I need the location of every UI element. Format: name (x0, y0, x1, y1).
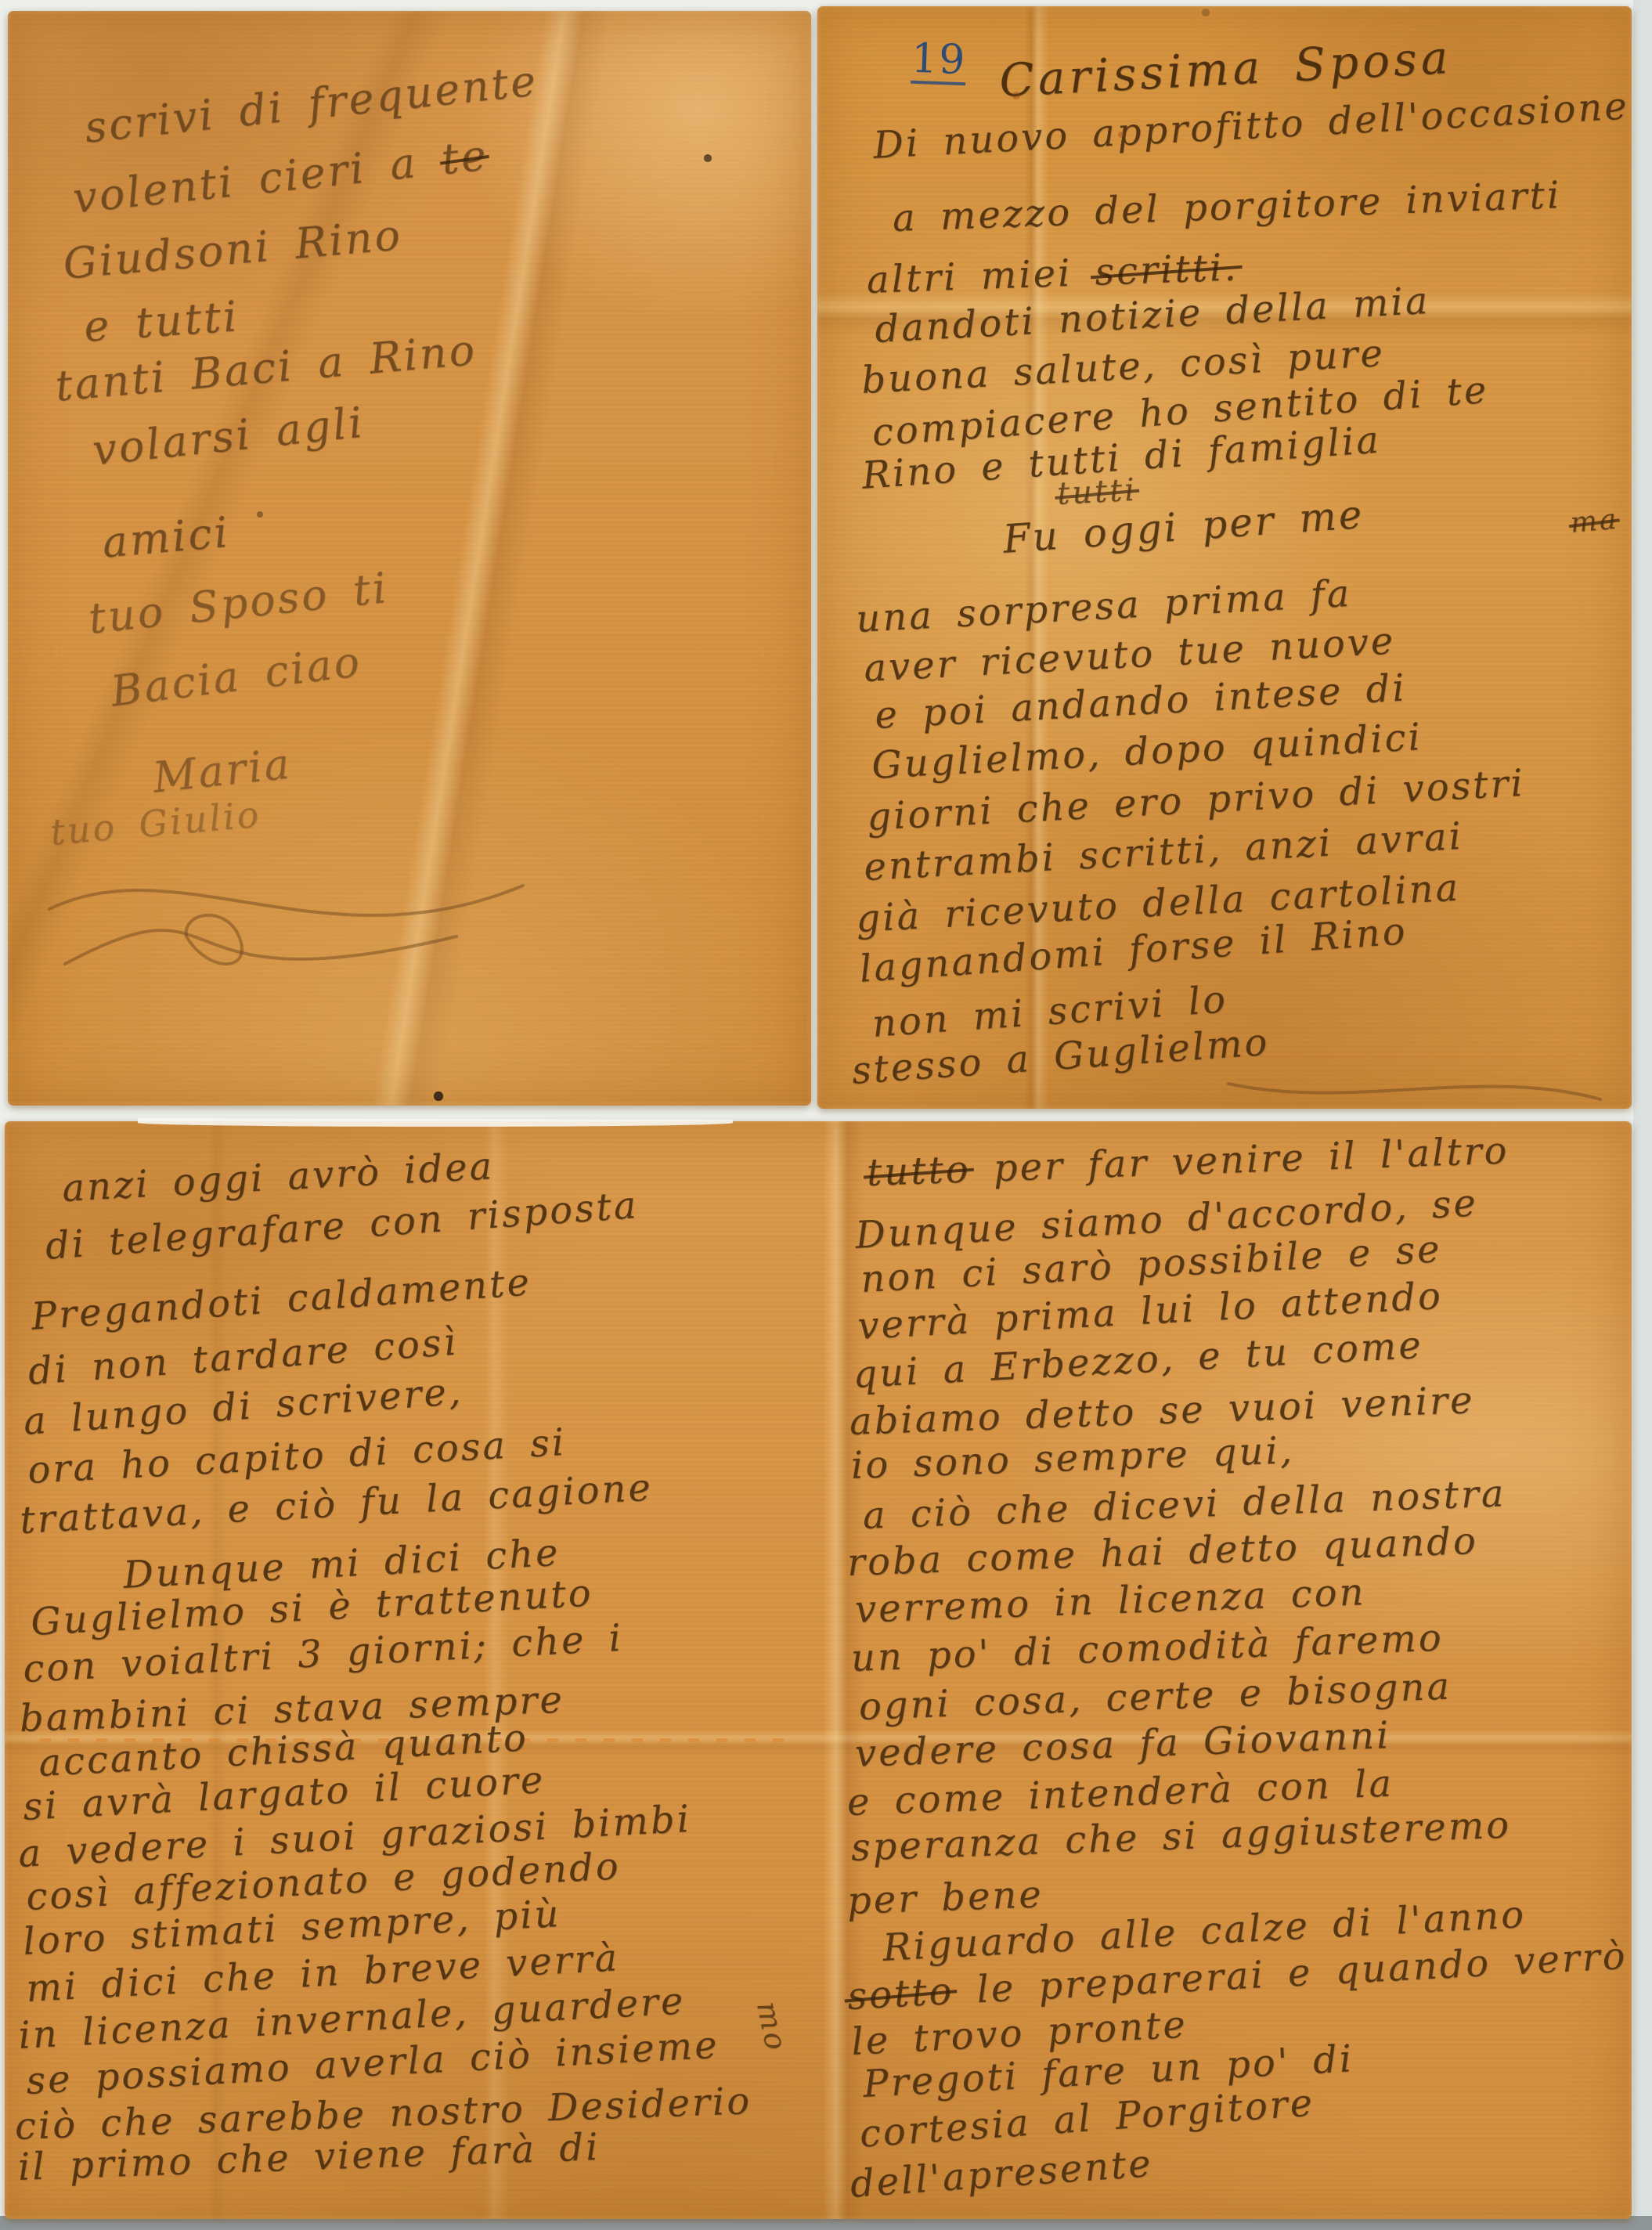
letter-page-top-left: scrivi di frequentevolenti cieri a teGiu… (8, 11, 811, 1106)
letter-salutation: Carissima Sposa (998, 31, 1453, 107)
struck-word: scritti. (1095, 245, 1239, 294)
handwriting-line: Fu oggi per me (1001, 492, 1365, 562)
handwriting-line: e tutti (82, 291, 240, 352)
handwriting-line: Giudsoni Rino (61, 210, 404, 289)
handwriting-line: per bene (846, 1872, 1044, 1923)
letter-sheet-bottom: anzi oggi avrò ideadi telegrafare con ri… (5, 1121, 1632, 2219)
letter-scan: scrivi di frequentevolenti cieri a teGiu… (0, 0, 1652, 2230)
ink-specks (0, 0, 3, 3)
struck-word: ma (1569, 503, 1620, 539)
signature-flourish (30, 843, 546, 1007)
handwriting-line: Di nuovo approfitto dell'occasione (872, 84, 1630, 167)
scanner-background-right (1633, 0, 1652, 2230)
struck-word: te (439, 130, 491, 184)
struck-word: sotto (846, 1969, 955, 2019)
page-number: 19 (911, 38, 967, 85)
handwriting-line: tuo Sposo ti (86, 563, 391, 644)
handwriting-line: Maria (150, 738, 294, 802)
handwriting-line: Bacia ciao (108, 637, 364, 716)
letter-page-bottom-right: tutto per far venire il l'altroDunque si… (5, 1121, 1632, 2219)
struck-word: tutto (866, 1147, 972, 1195)
handwriting-line: a mezzo del porgitore inviarti (892, 173, 1562, 240)
handwriting-line: volarsi agli (90, 398, 366, 475)
underline-flourish (1225, 1062, 1616, 1124)
handwriting-line: ma (1569, 503, 1620, 539)
letter-page-top-right: 19 Carissima Sposa Di nuovo approfitto d… (817, 6, 1632, 1109)
handwriting-line: amici (100, 507, 232, 568)
